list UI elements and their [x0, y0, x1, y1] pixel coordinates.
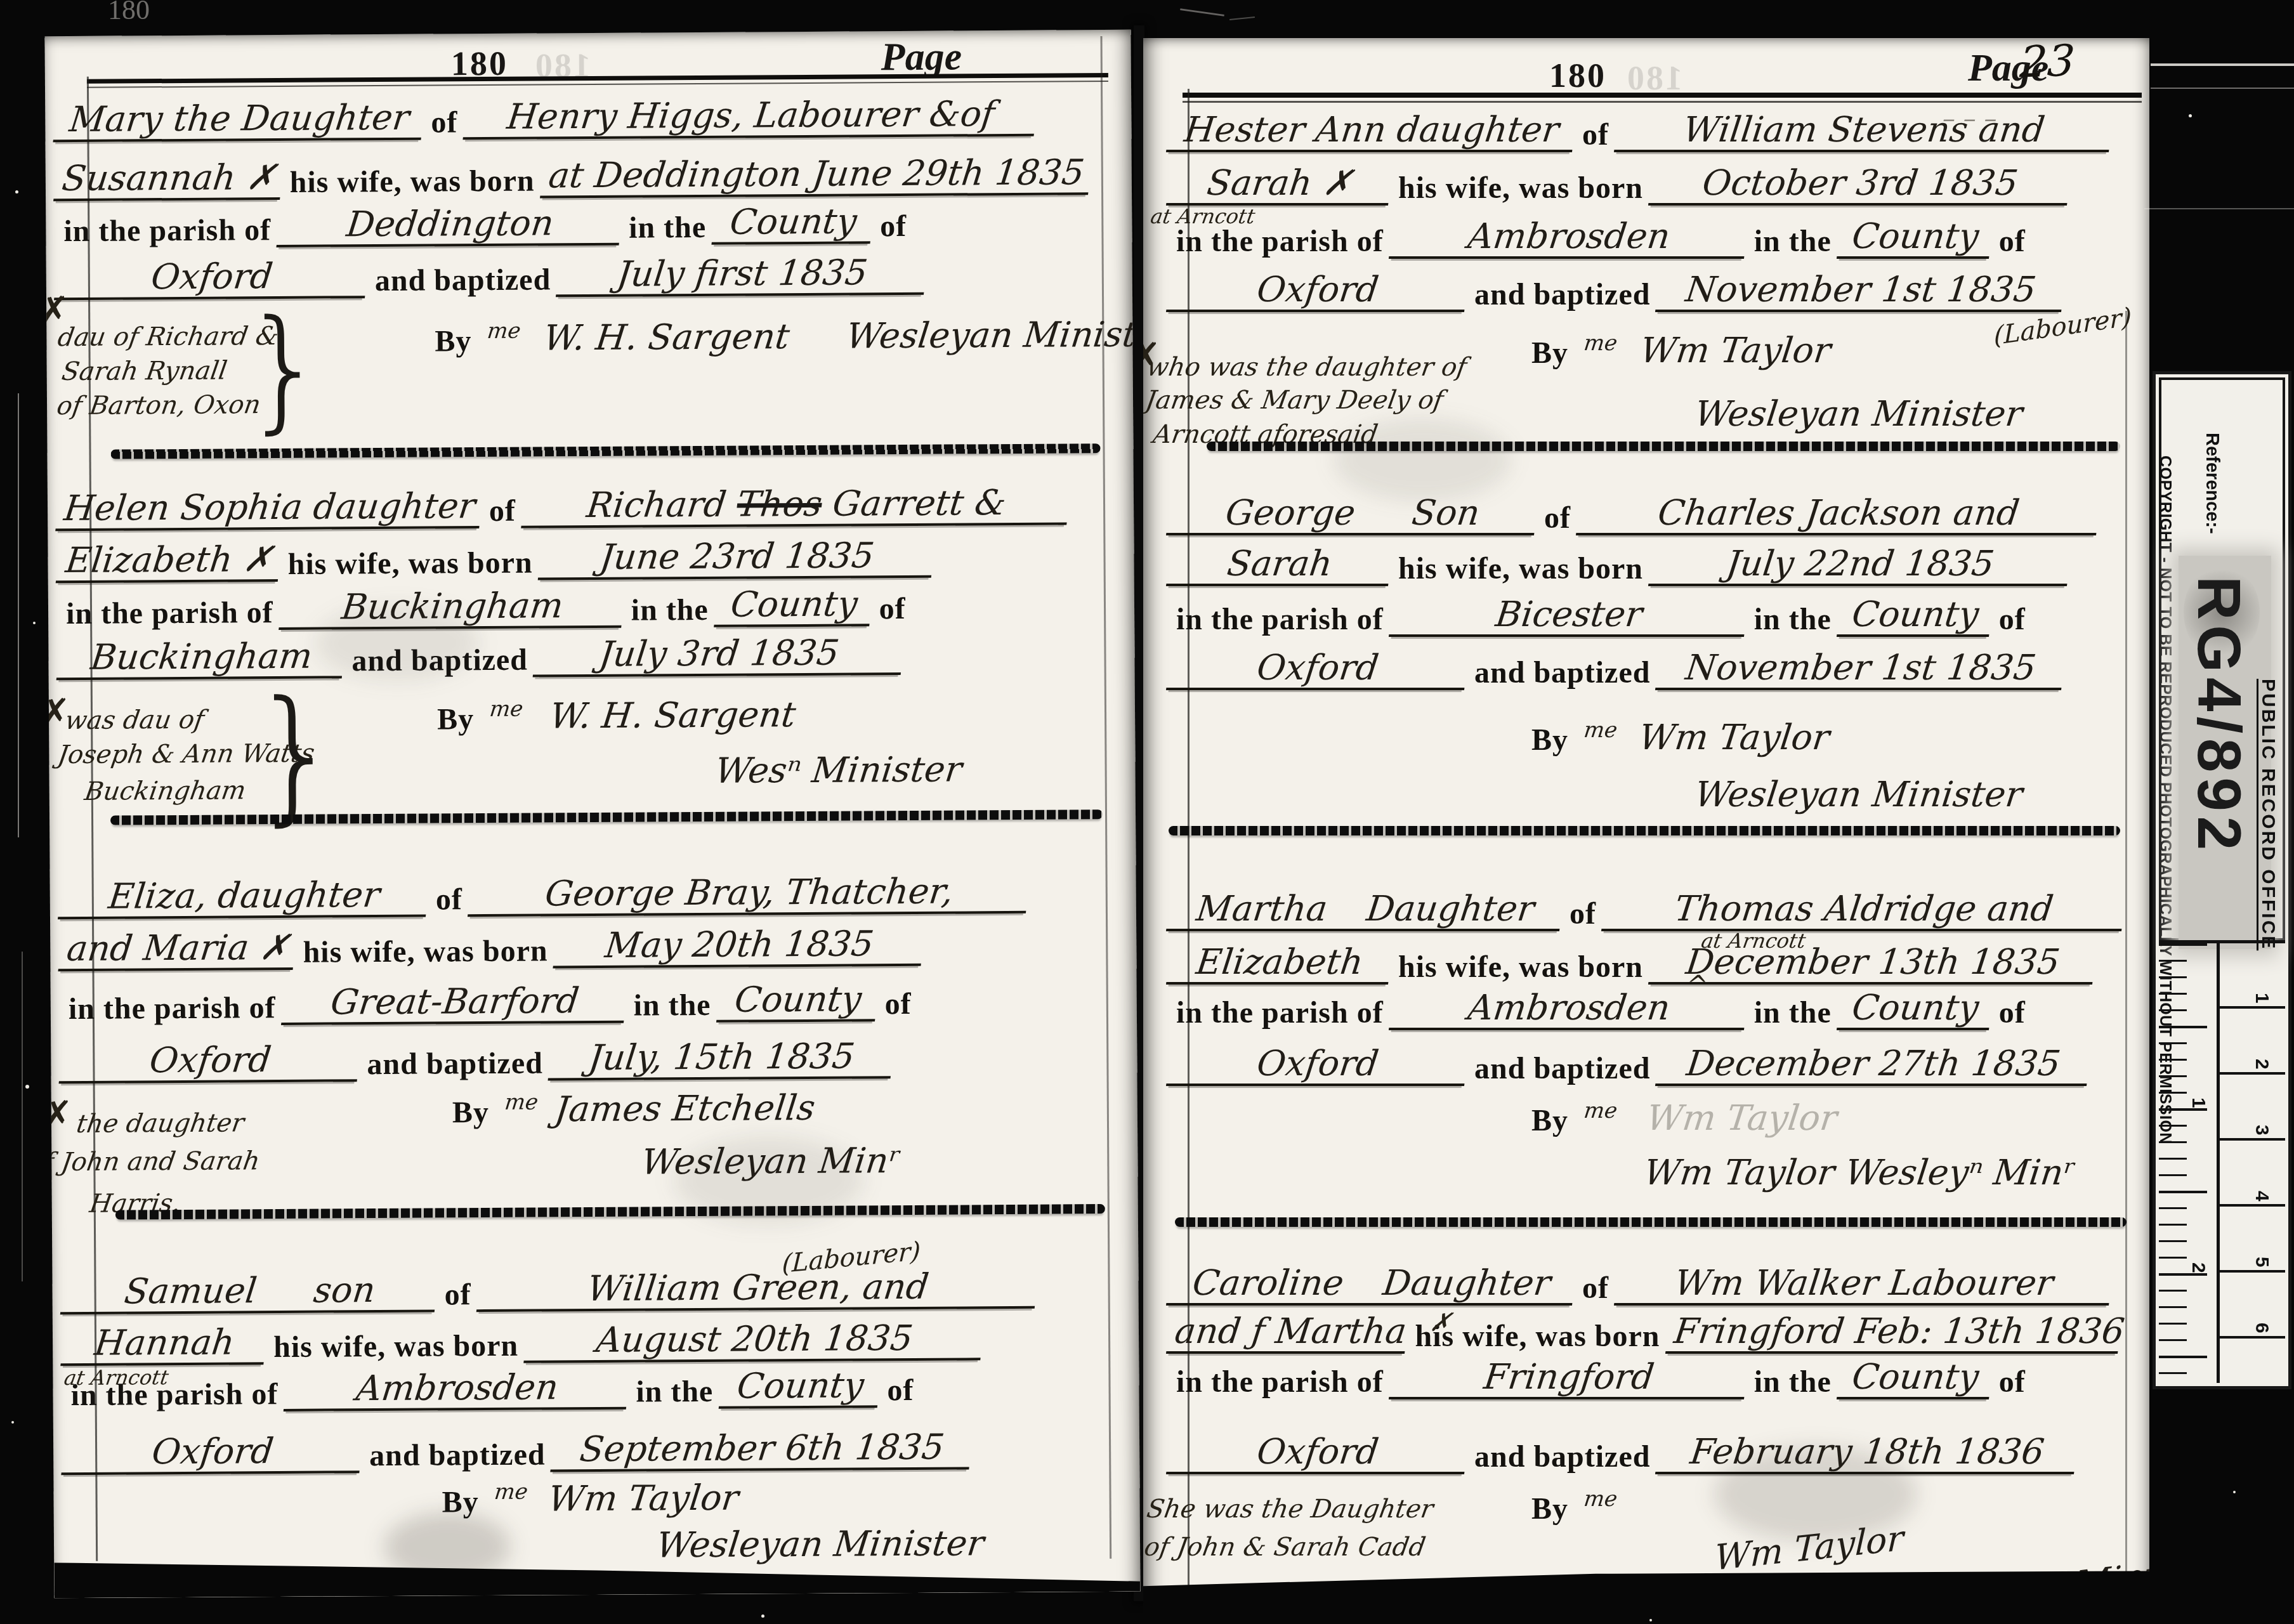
- public-record-office-label: PUBLIC RECORD OFFICE: [2257, 679, 2279, 950]
- spacer: [796, 350, 841, 357]
- printed-label: of: [1575, 119, 1616, 152]
- handwritten-text: Wesleyan Minister: [838, 315, 1140, 357]
- form-line: in the parish ofAmbrosdenin theCountyof: [1169, 976, 2120, 1030]
- entry-divider: [1169, 826, 2120, 835]
- blank-field: Ambrosden: [1389, 217, 1749, 259]
- handwritten-text: W. H. Sargent: [535, 317, 798, 358]
- film-scratch: [2144, 208, 2294, 209]
- printed-label: in the: [1747, 997, 1839, 1030]
- printed-label: of: [879, 1374, 921, 1408]
- blank-field: July 22nd 1835: [1648, 544, 2072, 586]
- printed-label: of: [436, 1278, 478, 1312]
- film-speck: [33, 622, 36, 624]
- handwritten-text: James Etchells: [547, 1089, 824, 1129]
- form-line: Oxfordand baptizedFebruary 18th 1836: [1169, 1420, 2120, 1474]
- struck-text: Thos: [735, 483, 824, 525]
- folio-number: 180: [1549, 56, 1606, 95]
- ruler-cm-number: 1: [2251, 993, 2272, 1004]
- printed-label: in the parish of: [1169, 1366, 1391, 1399]
- printed-label: of: [872, 210, 914, 244]
- register-page-left: 180 180 Page Mary the DaughterofHenry Hi…: [44, 30, 1140, 1598]
- ruler-cm-number: 4: [2251, 1191, 2272, 1202]
- blank-field: May 20th 1835: [553, 924, 926, 968]
- printed-label: By: [1524, 337, 1576, 370]
- handwritten-text: W. H. Sargent: [542, 695, 804, 736]
- printed-label: and baptized: [1467, 1441, 1658, 1474]
- printed-label: in the: [621, 211, 714, 246]
- blank-field: George Bray, Thatcher,: [468, 872, 1031, 917]
- handwritten-text: Wesⁿ Minister: [707, 750, 971, 791]
- film-scratch: [18, 393, 19, 837]
- handwritten-superscript: me: [497, 1090, 546, 1115]
- printed-label: in the parish of: [1169, 997, 1391, 1030]
- form-line: in the parish ofBicesterin theCountyof: [1169, 582, 2120, 637]
- form-line: Martha DaughterofThomas Aldridge and: [1169, 877, 2120, 931]
- blank-field: County: [1837, 217, 1994, 259]
- margin-note: ✗: [1427, 1308, 1453, 1337]
- blank-field: Deddington: [276, 204, 624, 247]
- blank-field: Mary the Daughter: [53, 98, 426, 142]
- form-line: Sarah ✗his wife, was bornOctober 3rd 183…: [1169, 151, 2120, 206]
- form-line: Oxfordand baptizedDecember 27th 1835: [1169, 1031, 2120, 1086]
- printed-label: By: [445, 1096, 497, 1130]
- handwritten-superscript: me: [1576, 1487, 1625, 1511]
- margin-note: at Arncott: [63, 1365, 171, 1390]
- handwritten-superscript: me: [480, 319, 528, 344]
- printed-label: of: [1991, 997, 2033, 1030]
- printed-label: of: [423, 106, 465, 140]
- handwritten-superscript: me: [482, 697, 531, 722]
- printed-label: of: [1537, 502, 1578, 535]
- margin-brace: }: [249, 688, 343, 822]
- form-line: Sarahhis wife, was bornJuly 22nd 1835: [1169, 532, 2120, 586]
- blank-field: July 3rd 1835: [533, 633, 906, 677]
- form-line: Mary the DaughterofHenry Higgs, Labourer…: [55, 81, 1111, 142]
- form-line: BymeWm Taylor: [1524, 316, 1837, 370]
- printed-label: of: [1562, 898, 1604, 931]
- blank-field: Oxford: [1166, 648, 1469, 690]
- blank-field: Oxford: [1166, 270, 1469, 312]
- form-line: Byme: [1524, 1472, 1622, 1526]
- blank-field: July first 1835: [556, 253, 929, 297]
- printed-label: and baptized: [1467, 1052, 1658, 1086]
- handwritten-superscript: me: [1576, 1099, 1625, 1123]
- form-line: Wesleyan Minister: [1689, 379, 2029, 434]
- entry-divider: [1175, 1217, 2127, 1227]
- blank-field: William Stevens and: [1614, 110, 2114, 152]
- reference-number: RG4/892: [2184, 576, 2253, 855]
- entry-divider: [1207, 442, 2120, 451]
- form-line: BymeWm Taylor: [1524, 703, 1836, 757]
- form-line: Caroline DaughterofWm Walker Labourer: [1169, 1251, 2120, 1306]
- blank-field: November 1st 1835: [1655, 270, 2066, 312]
- blank-field: County: [1837, 595, 1994, 637]
- form-line: Wesleyan Minister: [650, 1509, 990, 1565]
- ruler-cm-number: 6: [2251, 1323, 2272, 1333]
- printed-label: in the parish of: [1169, 225, 1391, 259]
- blank-field: Helen Sophia daughter: [55, 487, 483, 531]
- film-speck: [25, 1085, 29, 1089]
- form-line: in the parish ofAmbrosdenin theCountyof: [1169, 204, 2120, 259]
- handwritten-superscript: me: [1576, 331, 1625, 355]
- margin-note: Buckingham: [82, 776, 247, 806]
- blank-field: County: [716, 980, 880, 1023]
- film-speck: [2233, 1491, 2236, 1493]
- blank-field: Hester Ann daughter: [1166, 110, 1577, 152]
- printed-label: and baptized: [344, 644, 535, 679]
- printed-label: his wife, was born: [1391, 172, 1651, 206]
- blank-field: Richard Thos Garrett &: [521, 483, 1072, 528]
- printed-label: of: [1991, 225, 2033, 259]
- margin-note: ƒ John and Sarah: [44, 1146, 261, 1177]
- blank-field: Samuel son: [60, 1271, 440, 1314]
- margin-note: Sarah Rynall: [60, 356, 229, 386]
- printed-label: in the: [1747, 225, 1839, 259]
- blank-field: November 1st 1835: [1655, 648, 2066, 690]
- film-scratch: [22, 952, 23, 1281]
- blank-field: County: [1837, 1358, 1994, 1399]
- margin-rule-right: [2125, 311, 2127, 1618]
- printed-label: in the: [1747, 1366, 1839, 1399]
- blank-field: County: [1837, 988, 1994, 1030]
- blank-field: December 27th 1835: [1655, 1044, 2092, 1086]
- handwritten-text: Wesleyan Minʳ: [633, 1141, 909, 1182]
- film-scratch: [2151, 88, 2294, 89]
- entry-divider: [115, 1204, 1105, 1220]
- printed-label: in the: [1747, 603, 1839, 637]
- printed-label: his wife, was born: [1391, 553, 1651, 586]
- ruler-cm-number: 2: [2251, 1059, 2272, 1070]
- archive-reference-card: COPYRIGHT - NOT TO BE REPRODUCED PHOTOGR…: [2153, 371, 2291, 1389]
- printed-label: of: [877, 988, 919, 1021]
- film-speck: [1649, 1619, 1652, 1621]
- ruler-inch-ticks-long: [2159, 943, 2207, 1381]
- blank-field: Sarah: [1166, 544, 1393, 586]
- form-line: and Maria ✗his wife, was bornMay 20th 18…: [60, 910, 1116, 971]
- margin-note: the daughter: [74, 1108, 246, 1139]
- form-line: in the parish ofGreat-Barfordin theCount…: [61, 966, 1117, 1026]
- blank-field: Oxford: [61, 1432, 364, 1476]
- blank-field: Eliza, daughter: [58, 875, 431, 919]
- blank-field: Oxford: [1166, 1044, 1469, 1086]
- handwritten-text: Wm Taylor Wesleyⁿ Minʳ: [1635, 1153, 2084, 1193]
- form-line: Wm Taylor Wesleyⁿ Minʳ: [1638, 1138, 2081, 1193]
- blank-field: Charles Jackson and: [1576, 494, 2101, 535]
- form-line: George SonofCharles Jackson and: [1169, 481, 2120, 535]
- margin-note: of Barton, Oxon: [55, 390, 263, 421]
- margin-note: at Arncott: [1700, 929, 1807, 953]
- handwritten-text: Wm Taylor: [1631, 718, 1838, 757]
- blank-field: Fringford: [1389, 1358, 1749, 1399]
- printed-label: and baptized: [367, 264, 559, 299]
- film-speck: [11, 1421, 14, 1424]
- printed-label: and baptized: [1467, 278, 1658, 312]
- register-page-right: 180 180 Page 23 – – – Hester Ann daughte…: [1143, 38, 2149, 1624]
- form-line: Wesleyan Minister: [1689, 760, 2029, 815]
- page-label: Page: [881, 34, 962, 80]
- printed-label: and baptized: [1467, 657, 1658, 690]
- microfilm-scan: { "document_type": "baptism-register-sca…: [0, 0, 2294, 1624]
- margin-note: James & Mary Deely of: [1143, 386, 1445, 415]
- blank-field: Martha Daughter: [1166, 889, 1564, 931]
- ruler-cm-number: 5: [2251, 1257, 2272, 1267]
- printed-label: in the: [628, 1375, 721, 1410]
- handwritten-text: Wesleyan Minister: [1686, 775, 2031, 815]
- printed-label: in the: [626, 989, 718, 1023]
- reference-label: Reference:-: [2201, 433, 2222, 534]
- form-line: Helen Sophia daughterofRichard Thos Garr…: [58, 470, 1113, 531]
- printed-label: By: [1524, 1104, 1576, 1138]
- form-line: BymeJames Etchells: [445, 1073, 822, 1130]
- film-scratch: [1229, 16, 1255, 20]
- margin-note: at Arncott: [1149, 204, 1257, 228]
- form-line: Buckinghamand baptizedJuly 3rd 1835: [58, 619, 1114, 680]
- ruler-cm-number: 3: [2251, 1125, 2272, 1136]
- handwritten-text: Wm Taylor: [1632, 331, 1840, 370]
- printed-label: By: [427, 325, 479, 358]
- printed-label: in the parish of: [61, 992, 284, 1026]
- form-line: Oxfordand baptizedJuly first 1835: [56, 239, 1112, 300]
- margin-brace: }: [242, 308, 327, 431]
- blank-field: Henry Higgs, Labourer &of: [462, 95, 1039, 140]
- margin-note: ✗: [44, 1093, 73, 1137]
- film-speck: [761, 1614, 764, 1618]
- blank-field: County: [711, 202, 875, 245]
- printed-label: in the parish of: [1169, 603, 1391, 637]
- printed-label: of: [482, 495, 523, 528]
- blank-field: Oxford: [1166, 1432, 1469, 1474]
- film-scratch: [1180, 8, 1224, 16]
- text-part: Garrett &: [820, 482, 1008, 524]
- folio-ghost-offset: 180: [1625, 58, 1682, 98]
- handwritten-page-number: 23: [2019, 38, 2076, 88]
- blank-field: Ambrosden: [283, 1368, 631, 1411]
- handwritten-text: Wesleyan Minister: [648, 1524, 992, 1566]
- form-line: Wesleyan Minʳ: [635, 1126, 907, 1182]
- blank-field: October 3rd 1835: [1648, 164, 2072, 206]
- margin-note: who was the daughter of: [1144, 353, 1469, 382]
- printed-label: of: [1991, 603, 2033, 637]
- printed-label: By: [429, 703, 482, 737]
- printed-label: By: [1524, 724, 1576, 757]
- form-line: BymeWm Taylor: [1524, 1084, 1844, 1138]
- ruler-cm-lines: [2220, 940, 2285, 1381]
- form-line: Hester Ann daughterofWilliam Stevens and: [1169, 98, 2120, 152]
- margin-note: of John & Sarah Cadd: [1143, 1533, 1427, 1562]
- scan-shadow-wedge: [1143, 1568, 2149, 1624]
- header-rule: [1183, 93, 2142, 98]
- form-line: Oxfordand baptizedNovember 1st 1835: [1169, 258, 2120, 312]
- handwritten-superscript: me: [487, 1479, 535, 1504]
- film-speck: [15, 190, 18, 193]
- blank-field: Thomas Aldridge and: [1601, 889, 2127, 931]
- text-part: Richard: [584, 484, 739, 525]
- margin-note: was dau of: [63, 705, 206, 735]
- blank-field: Great-Barford: [281, 981, 629, 1025]
- printed-label: his wife, was born: [295, 935, 555, 970]
- handwritten-text: Wm Taylor: [1639, 1099, 1846, 1138]
- printed-label: By: [434, 1486, 486, 1519]
- form-line: in the parish ofAmbrosdenin theCountyof: [63, 1352, 1118, 1413]
- film-speck: [2189, 114, 2192, 117]
- handwritten-superscript: me: [1576, 718, 1625, 742]
- printed-label: of: [1991, 1366, 2033, 1399]
- blank-field: February 18th 1836: [1655, 1432, 2079, 1474]
- blank-field: Bicester: [1389, 595, 1749, 637]
- blank-field: Oxford: [59, 1040, 362, 1084]
- printed-label: in the parish of: [56, 214, 279, 249]
- margin-note: She was the Daughter: [1144, 1495, 1435, 1524]
- blank-field: and Maria ✗: [58, 928, 298, 971]
- ruler-inch-number: 2: [2187, 1262, 2209, 1273]
- form-line: Oxfordand baptizedNovember 1st 1835: [1169, 636, 2120, 690]
- form-line: BymeW. H. Sargent: [429, 680, 803, 737]
- form-line: BymeW. H. SargentWesleyan Minister: [427, 299, 1140, 358]
- printed-label: of: [428, 883, 470, 917]
- blank-field: County: [718, 1366, 882, 1409]
- film-scratch: [2151, 63, 2294, 66]
- blank-field: William Green, and: [476, 1267, 1040, 1312]
- ruler-inch-number: 1: [2187, 1097, 2209, 1108]
- form-line: Wesⁿ Minister: [709, 735, 968, 790]
- handwritten-text: Wesleyan Minister: [1686, 395, 2031, 434]
- printed-label: By: [1524, 1493, 1576, 1526]
- blank-field: George Son: [1166, 494, 1539, 535]
- form-line: Eliza, daughterofGeorge Bray, Thatcher,: [60, 858, 1115, 919]
- form-line: in the parish ofFringfordin theCountyof: [1169, 1345, 2120, 1399]
- blank-field: Sarah ✗: [1166, 164, 1393, 206]
- edge-ghost-number: 180: [108, 0, 150, 26]
